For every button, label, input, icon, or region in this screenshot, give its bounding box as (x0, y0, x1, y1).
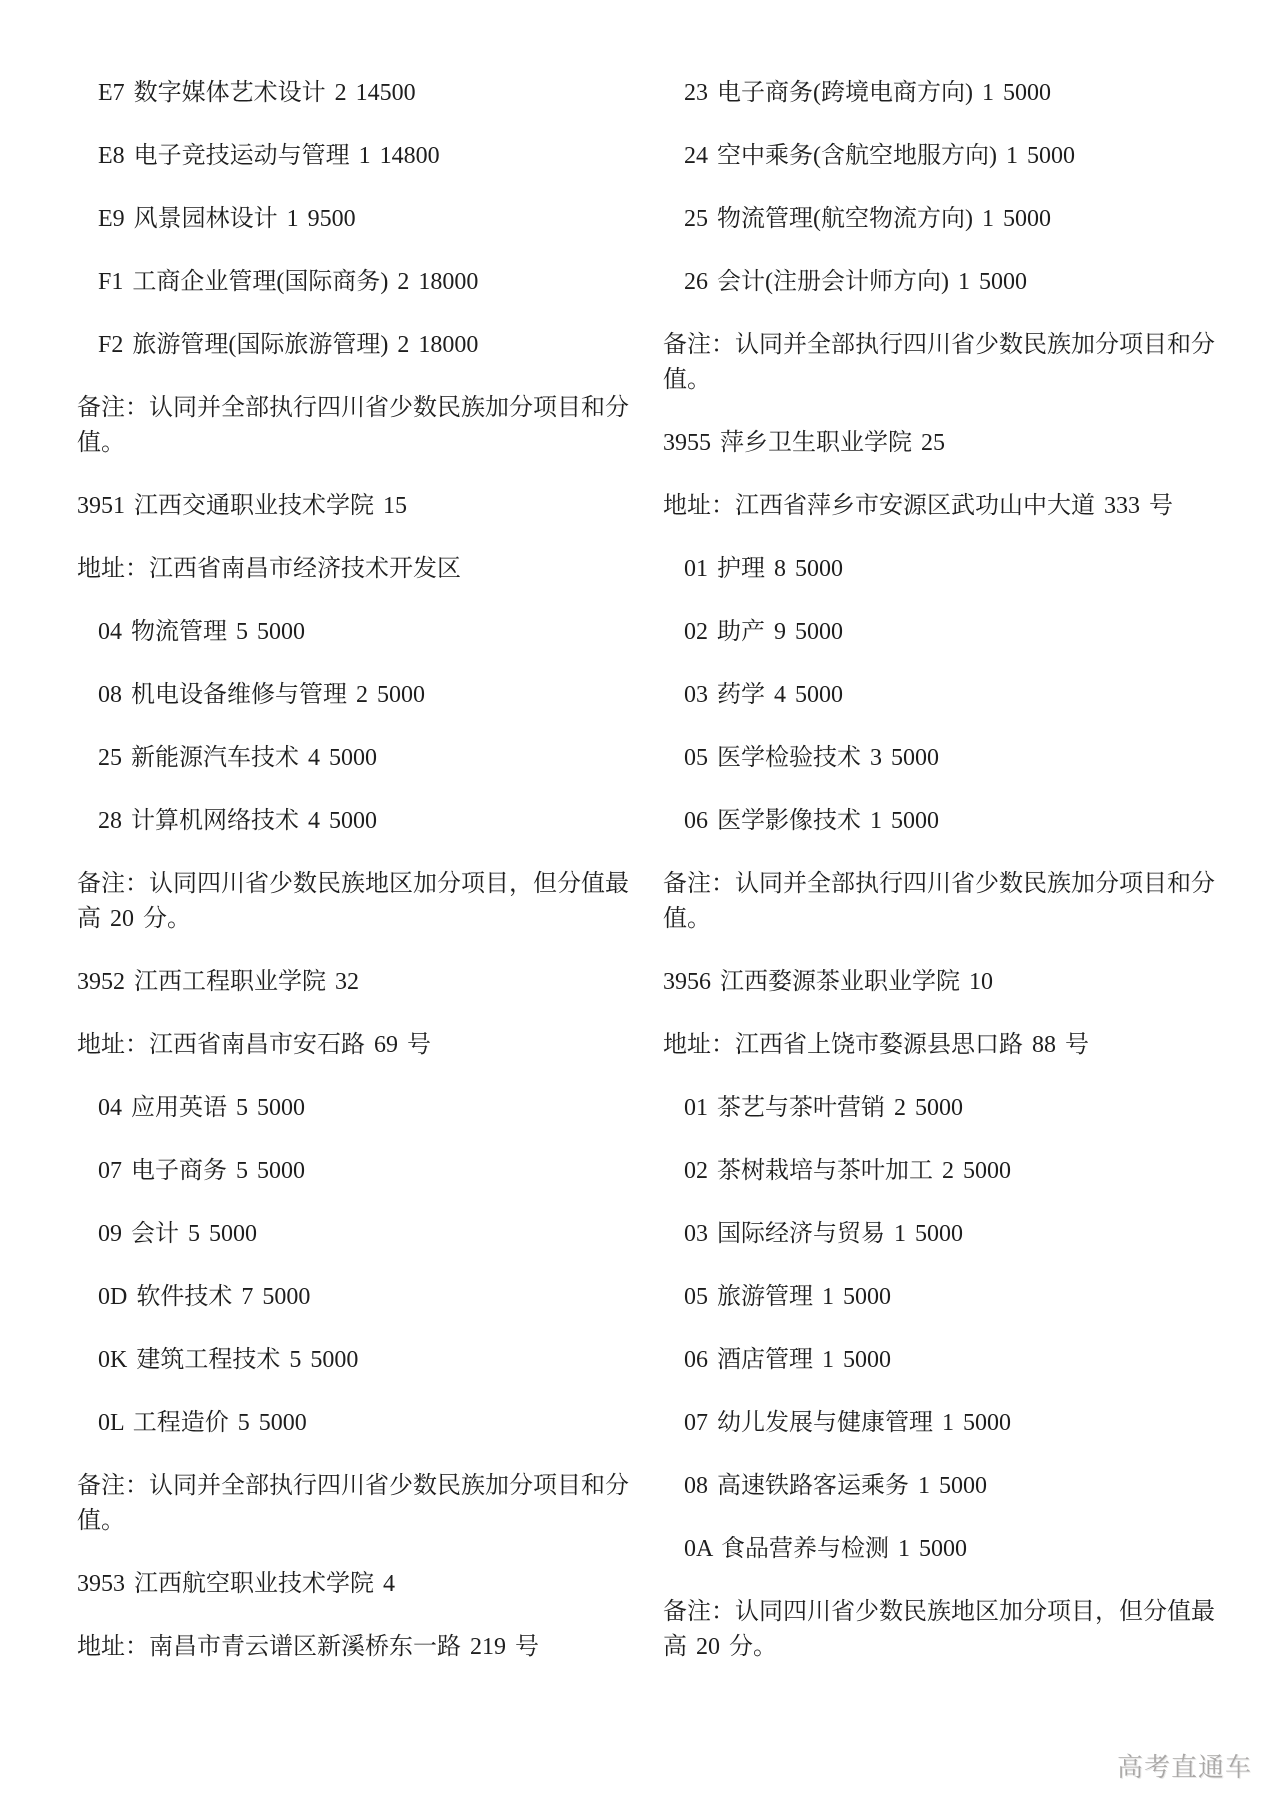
doc-line-program: 24 空中乘务(含航空地服方向) 1 5000 (663, 139, 1223, 174)
doc-line-program: 03 药学 4 5000 (663, 678, 1223, 713)
doc-line-remark: 备注：认同并全部执行四川省少数民族加分项目和分值。 (77, 391, 637, 461)
doc-line-address: 地址：江西省南昌市安石路 69 号 (77, 1028, 637, 1063)
doc-line-program: 0L 工程造价 5 5000 (77, 1406, 637, 1441)
doc-line-program: 05 旅游管理 1 5000 (663, 1280, 1223, 1315)
doc-line-address: 地址：南昌市青云谱区新溪桥东一路 219 号 (77, 1630, 637, 1665)
doc-line-program: 0D 软件技术 7 5000 (77, 1280, 637, 1315)
watermark-gaokao-zhitongche: 高考直通车 (1117, 1747, 1252, 1784)
doc-line-program: 06 酒店管理 1 5000 (663, 1343, 1223, 1378)
right-column: 23 电子商务(跨境电商方向) 1 500024 空中乘务(含航空地服方向) 1… (663, 76, 1223, 1693)
doc-line-program: 02 茶树栽培与茶叶加工 2 5000 (663, 1154, 1223, 1189)
doc-line-college: 3952 江西工程职业学院 32 (77, 965, 637, 1000)
doc-line-address: 地址：江西省上饶市婺源县思口路 88 号 (663, 1028, 1223, 1063)
doc-line-address: 地址：江西省南昌市经济技术开发区 (77, 552, 637, 587)
doc-line-program: 05 医学检验技术 3 5000 (663, 741, 1223, 776)
doc-line-remark: 备注：认同并全部执行四川省少数民族加分项目和分值。 (663, 867, 1223, 937)
admissions-document-page: E7 数字媒体艺术设计 2 14500E8 电子竞技运动与管理 1 14800E… (0, 0, 1280, 1693)
doc-line-program: F2 旅游管理(国际旅游管理) 2 18000 (77, 328, 637, 363)
doc-line-remark: 备注：认同并全部执行四川省少数民族加分项目和分值。 (77, 1469, 637, 1539)
doc-line-program: 0K 建筑工程技术 5 5000 (77, 1343, 637, 1378)
doc-line-program: 06 医学影像技术 1 5000 (663, 804, 1223, 839)
doc-line-program: 28 计算机网络技术 4 5000 (77, 804, 637, 839)
doc-line-program: 03 国际经济与贸易 1 5000 (663, 1217, 1223, 1252)
doc-line-program: 04 应用英语 5 5000 (77, 1091, 637, 1126)
doc-line-program: 25 新能源汽车技术 4 5000 (77, 741, 637, 776)
doc-line-address: 地址：江西省萍乡市安源区武功山中大道 333 号 (663, 489, 1223, 524)
doc-line-program: E7 数字媒体艺术设计 2 14500 (77, 76, 637, 111)
doc-line-program: E8 电子竞技运动与管理 1 14800 (77, 139, 637, 174)
doc-line-program: 09 会计 5 5000 (77, 1217, 637, 1252)
doc-line-program: 02 助产 9 5000 (663, 615, 1223, 650)
doc-line-program: 25 物流管理(航空物流方向) 1 5000 (663, 202, 1223, 237)
doc-line-remark: 备注：认同四川省少数民族地区加分项目，但分值最高 20 分。 (663, 1595, 1223, 1665)
left-column: E7 数字媒体艺术设计 2 14500E8 电子竞技运动与管理 1 14800E… (77, 76, 637, 1693)
doc-line-program: 08 机电设备维修与管理 2 5000 (77, 678, 637, 713)
doc-line-college: 3956 江西婺源茶业职业学院 10 (663, 965, 1223, 1000)
doc-line-college: 3951 江西交通职业技术学院 15 (77, 489, 637, 524)
doc-line-program: 07 电子商务 5 5000 (77, 1154, 637, 1189)
doc-line-program: 0A 食品营养与检测 1 5000 (663, 1532, 1223, 1567)
doc-line-remark: 备注：认同并全部执行四川省少数民族加分项目和分值。 (663, 328, 1223, 398)
doc-line-program: 07 幼儿发展与健康管理 1 5000 (663, 1406, 1223, 1441)
doc-line-program: F1 工商企业管理(国际商务) 2 18000 (77, 265, 637, 300)
doc-line-program: 01 茶艺与茶叶营销 2 5000 (663, 1091, 1223, 1126)
doc-line-college: 3955 萍乡卫生职业学院 25 (663, 426, 1223, 461)
doc-line-program: 23 电子商务(跨境电商方向) 1 5000 (663, 76, 1223, 111)
doc-line-program: 08 高速铁路客运乘务 1 5000 (663, 1469, 1223, 1504)
doc-line-remark: 备注：认同四川省少数民族地区加分项目，但分值最高 20 分。 (77, 867, 637, 937)
doc-line-program: 01 护理 8 5000 (663, 552, 1223, 587)
doc-line-program: E9 风景园林设计 1 9500 (77, 202, 637, 237)
doc-line-program: 26 会计(注册会计师方向) 1 5000 (663, 265, 1223, 300)
document-columns: E7 数字媒体艺术设计 2 14500E8 电子竞技运动与管理 1 14800E… (0, 0, 1280, 1693)
doc-line-college: 3953 江西航空职业技术学院 4 (77, 1567, 637, 1602)
doc-line-program: 04 物流管理 5 5000 (77, 615, 637, 650)
